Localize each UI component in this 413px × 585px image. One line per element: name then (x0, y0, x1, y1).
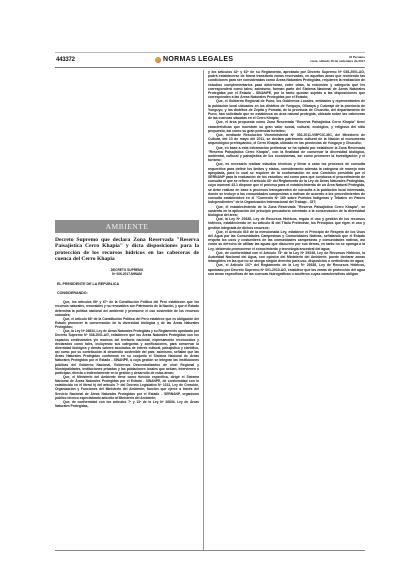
paragraph: Que, el artículo 68º de la Constitución … (55, 317, 199, 329)
brand-title: NORMAS LEGALES (155, 56, 233, 63)
brand-label: NORMAS LEGALES (163, 56, 233, 63)
publication-info: El Peruano Lima, sábado 16 de setiembre … (310, 56, 365, 63)
paragraph: Que, el área propuesta como Zona Reserva… (208, 120, 365, 133)
paragraph: Que, los artículos 66º y 67º de la Const… (55, 300, 199, 317)
paragraph: Que, el Gobierno Regional de Puno, los G… (208, 99, 365, 120)
decree-title: Decreto Supremo que declara Zona Reserva… (55, 237, 199, 262)
decree-number: DECRETO SUPREMO Nº 006-2017-MINAM (55, 268, 199, 276)
column-divider (203, 70, 204, 550)
paragraph: Que, de conformidad con los artículos 7º… (55, 400, 199, 408)
paragraph: Que, el Artículo III.6 de la mencionada … (208, 230, 365, 251)
paragraph: Que, el Ministerio del Ambiente tiene co… (55, 375, 199, 400)
paragraph: Que, en base a esta información prelimin… (208, 146, 365, 163)
page-header: 443372 NORMAS LEGALES El Peruano Lima, s… (55, 56, 365, 68)
paragraph: Que, la Ley Nº 29338, Ley de Recursos Hí… (208, 217, 365, 230)
newspaper-page: 443372 NORMAS LEGALES El Peruano Lima, s… (55, 56, 365, 554)
bottom-rule (55, 550, 365, 551)
paragraph: Que, de conformidad con el Artículo 75º … (208, 251, 365, 264)
considering-label: CONSIDERANDO: (57, 291, 199, 295)
left-column: AMBIENTE Decreto Supremo que declara Zon… (55, 220, 199, 408)
paragraph: Que, el establecimiento de la Zona Reser… (208, 205, 365, 218)
coat-of-arms-icon (155, 57, 161, 63)
page-number: 443372 (56, 57, 75, 63)
paragraph: Que, el Artículo 107º del Reglamento de … (208, 263, 365, 276)
paragraph: Que, es necesario realizar estudios técn… (208, 162, 365, 204)
right-column: y los artículos 42º y 62º de su Reglamen… (208, 70, 365, 276)
president-label: EL PRESIDENTE DE LA REPÚBLICA (57, 282, 199, 286)
section-banner: AMBIENTE (55, 220, 199, 233)
decree-id: Nº 006-2017-MINAM (55, 272, 199, 276)
publication-date: Lima, sábado 16 de setiembre de 2017 (310, 60, 365, 64)
paragraph: y los artículos 42º y 62º de su Reglamen… (208, 70, 365, 99)
top-rule (55, 52, 365, 53)
paragraph: Que, la Ley Nº 26834, Ley de Áreas Natur… (55, 329, 199, 375)
paragraph: Que, mediante Resolución Viceministerial… (208, 133, 365, 146)
